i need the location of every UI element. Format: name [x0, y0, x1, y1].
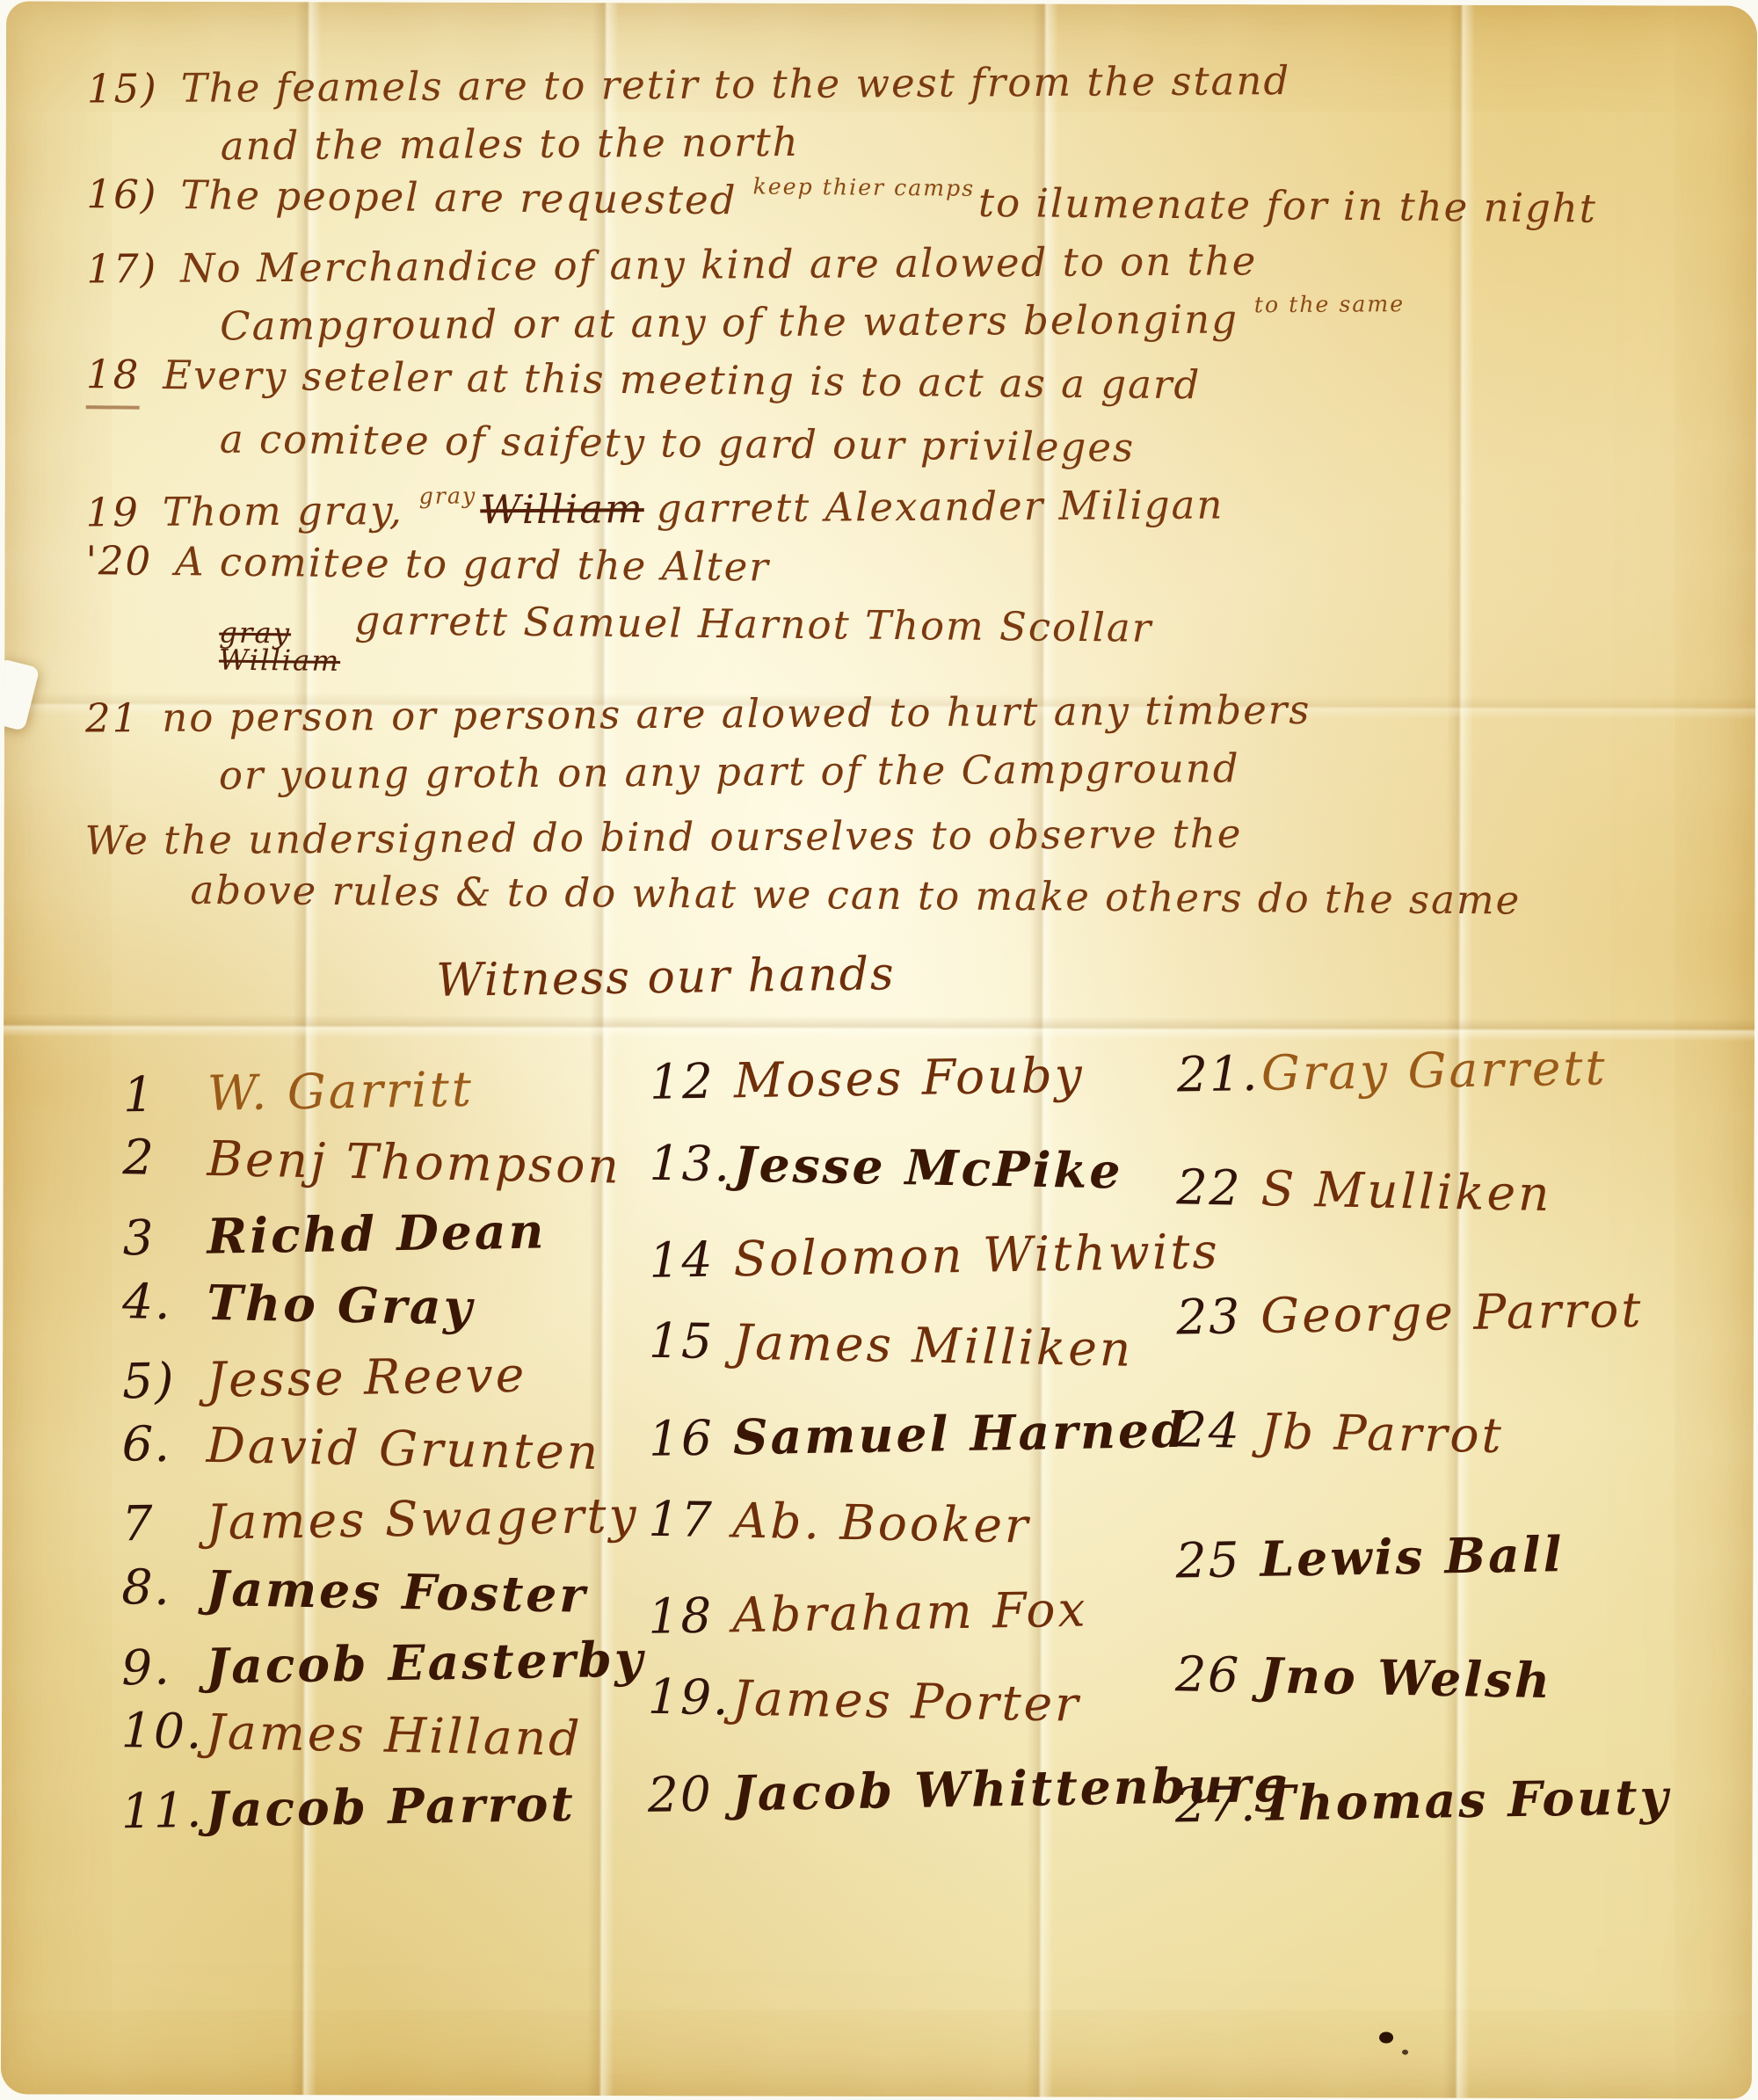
rule-text: no person or persons are alowed to hurt … [162, 687, 1311, 741]
signature-name: Lewis Ball [1260, 1526, 1565, 1588]
rule-text: garrett Samuel Harnot Thom Scollar [354, 597, 1152, 651]
rule-line: 17)No Merchandice of any kind are alowed… [86, 229, 1718, 299]
rule-text: The peopel are requested [180, 172, 737, 224]
rules-list: 15)The feamels are to retir to the west … [85, 53, 1718, 802]
signature-row: 13.Jesse McPike [649, 1134, 1162, 1201]
signature-row: 23George Parrot [1175, 1281, 1689, 1346]
ink-blot [1379, 2031, 1393, 2043]
signature-number: 25 [1175, 1531, 1260, 1589]
signature-number: 9. [121, 1639, 207, 1697]
signature-name: Moses Fouby [734, 1047, 1086, 1109]
rule-text: A comitee to gard the Alter [175, 538, 770, 590]
signature-row: 8.James Foster [121, 1559, 635, 1625]
signature-number: 1 [122, 1065, 207, 1123]
rule-line: and the males to the north [87, 106, 1718, 176]
signature-number: 17 [648, 1491, 733, 1549]
signature-row: 2Benj Thompson [122, 1130, 636, 1195]
rule-item: 19Thom gray,grayWilliamgarrett Alexander… [86, 476, 1718, 538]
signature-row: 24Jb Parrot [1175, 1402, 1689, 1468]
signature-column: 12Moses Fouby13.Jesse McPike14Solomon Wi… [648, 1050, 1163, 1894]
signature-row: 10.James Hilland [120, 1703, 634, 1769]
signature-number: 18 [648, 1588, 733, 1646]
signature-number: 26 [1174, 1646, 1260, 1704]
rule-item: 15)The feamels are to retir to the west … [87, 53, 1718, 172]
signature-row: 20Jacob Whittenburg [648, 1758, 1161, 1824]
rule-line: grayWilliamgarrett Samuel Harnot Thom Sc… [85, 589, 1718, 688]
rule-text: and the males to the north [221, 119, 800, 170]
inserted-text: keep thier camps [752, 171, 975, 206]
signature-number: 11. [120, 1782, 206, 1840]
rule-line: Campground or at any of the waters belon… [86, 287, 1718, 356]
rule-item: 16)The peopel are requestedkeep thier ca… [86, 171, 1718, 234]
signature-row: 22S Mulliken [1176, 1159, 1689, 1225]
rule-line: 21no person or persons are alowed to hur… [85, 679, 1717, 748]
signature-number: 13. [649, 1135, 734, 1193]
signature-number: 15 [649, 1312, 734, 1370]
signature-name: James Foster [206, 1559, 588, 1624]
signature-number: 21. [1176, 1045, 1261, 1103]
rule-text: No Merchandice of any kind are alowed to… [180, 237, 1257, 292]
inserted-text: gray [419, 481, 477, 513]
rule-number: 17) [86, 240, 157, 298]
signature-name: Jacob Parrot [205, 1775, 576, 1838]
rule-item: '20A comitee to gard the AltergrayWillia… [85, 537, 1717, 682]
signature-name: James Swagerty [206, 1487, 639, 1551]
signature-number: 5) [122, 1352, 207, 1410]
rule-line: or young groth on any part of the Campgr… [85, 736, 1717, 805]
inserted-text: to the same [1254, 288, 1406, 322]
signature-name: Ab. Booker [732, 1493, 1031, 1554]
signature-row: 5)Jesse Reeve [122, 1345, 636, 1410]
rule-number: 15) [87, 60, 158, 118]
signature-name: James Porter [732, 1670, 1081, 1733]
rule-text: garrett Alexander Miligan [657, 481, 1224, 532]
signature-name: Solomon Withwits [733, 1224, 1220, 1288]
signature-name: Richd Dean [207, 1203, 547, 1265]
signature-row: 6.David Grunten [121, 1416, 635, 1482]
crossed-out-text: William [480, 485, 644, 533]
signature-row: 17Ab. Booker [648, 1491, 1161, 1557]
rule-text: Thom gray, [163, 487, 403, 535]
rule-number: 16) [86, 166, 157, 224]
signature-name: Jesse Reeve [207, 1347, 527, 1408]
rule-number: 18 [86, 346, 141, 410]
signature-row: 3Richd Dean [122, 1201, 636, 1267]
signature-name: Tho Gray [207, 1274, 475, 1336]
signature-name: W. Garritt [207, 1061, 474, 1122]
signature-name: Jesse McPike [733, 1136, 1123, 1200]
rule-line: 15)The feamels are to retir to the west … [87, 49, 1718, 119]
signature-name: Benj Thompson [207, 1130, 621, 1195]
rule-item: 21no person or persons are alowed to hur… [85, 682, 1717, 802]
rule-item: 18Every seteler at this meeting is to ac… [86, 352, 1718, 476]
rule-number: 21 [85, 689, 140, 747]
signature-number: 20 [648, 1766, 733, 1824]
signature-name: Samuel Harned [733, 1401, 1189, 1466]
crossed-out-text: William [219, 647, 340, 675]
signature-name: Thomas Fouty [1259, 1769, 1671, 1833]
rule-line: 19Thom gray,grayWilliamgarrett Alexander… [85, 472, 1717, 541]
signature-name: Jno Welsh [1259, 1647, 1552, 1710]
signature-name: Gray Garrett [1260, 1040, 1608, 1102]
signature-row: 21.Gray Garrett [1176, 1038, 1689, 1103]
signature-number: 8. [121, 1559, 207, 1617]
signature-row: 16Samuel Harned [649, 1402, 1162, 1468]
signature-row: 26Jno Welsh [1174, 1646, 1688, 1712]
signature-number: 3 [122, 1209, 207, 1267]
signature-number: 24 [1175, 1402, 1260, 1460]
signature-name: David Grunten [206, 1417, 600, 1480]
signature-number: 14 [649, 1232, 734, 1290]
signature-name: S Mulliken [1260, 1161, 1552, 1223]
signature-name: Jacob Easterby [206, 1631, 646, 1695]
rule-line: 16)The peopel are requestedkeep thier ca… [86, 166, 1718, 240]
signature-row: 25Lewis Ball [1175, 1523, 1689, 1589]
rule-text: a comitee of saifety to gard our privile… [220, 416, 1136, 471]
signature-row: 18Abraham Fox [648, 1580, 1161, 1646]
signature-row: 9.Jacob Easterby [121, 1631, 635, 1697]
crossed-out-stack: grayWilliam [219, 620, 341, 675]
signature-number: 19. [648, 1668, 733, 1726]
signature-number: 2 [122, 1130, 207, 1188]
signature-row: 7James Swagerty [121, 1487, 635, 1552]
signature-number: 12 [650, 1053, 735, 1111]
signature-name: George Parrot [1260, 1282, 1643, 1344]
signature-number: 27. [1174, 1776, 1260, 1834]
signature-number: 22 [1176, 1159, 1261, 1217]
signature-number: 16 [649, 1410, 734, 1468]
rule-text: Every seteler at this meeting is to act … [163, 352, 1201, 408]
manuscript-page: 15)The feamels are to retir to the west … [1, 1, 1757, 2098]
signature-number: 7 [121, 1494, 207, 1552]
signature-row: 4.Tho Gray [122, 1273, 636, 1340]
signature-name: James Milliken [733, 1314, 1134, 1377]
rule-text: Campground or at any of the waters belon… [220, 295, 1239, 349]
signature-row: 11.Jacob Parrot [120, 1774, 634, 1840]
signature-row: 15James Milliken [649, 1312, 1162, 1378]
signature-row: 12Moses Fouby [650, 1046, 1163, 1111]
signature-columns: 1W. Garritt2Benj Thompson3Richd Dean4.Th… [82, 999, 1716, 1895]
signature-column: 1W. Garritt2Benj Thompson3Richd Dean4.Th… [120, 1062, 636, 1893]
signature-number: 4. [122, 1274, 207, 1332]
ink-blot [1402, 2050, 1408, 2055]
signature-name: James Hilland [205, 1704, 583, 1767]
signature-row: 19.James Porter [648, 1668, 1161, 1734]
closing-statement: We the undersigned do bind ourselves to … [84, 804, 1716, 927]
signature-row: 14Solomon Withwits [649, 1224, 1162, 1290]
closing-line-1: We the undersigned do bind ourselves to … [84, 802, 1716, 871]
signature-row: 27.Thomas Fouty [1174, 1768, 1688, 1834]
signature-name: Abraham Fox [732, 1581, 1088, 1644]
signature-number: 6. [121, 1416, 207, 1474]
rule-item: 17)No Merchandice of any kind are alowed… [86, 233, 1718, 352]
signature-number: 23 [1175, 1288, 1260, 1346]
rule-text: or young groth on any part of the Campgr… [219, 745, 1240, 798]
signature-row: 1W. Garritt [122, 1058, 636, 1123]
rule-text: The feamels are to retir to the west fro… [181, 57, 1291, 112]
rule-number: '20 [85, 532, 152, 590]
rule-text: to ilumenate for in the night [978, 179, 1597, 232]
signature-number: 10. [120, 1703, 206, 1761]
closing-line-2: above rules & to do what we can to make … [84, 860, 1716, 932]
signature-name: Jb Parrot [1260, 1404, 1504, 1464]
